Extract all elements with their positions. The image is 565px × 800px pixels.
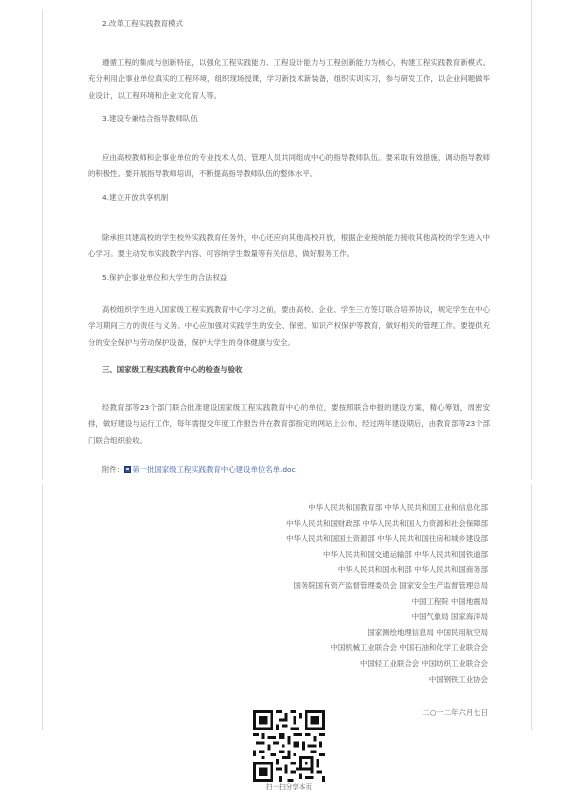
- signer-line: 中华人民共和国教育部 中华人民共和国工业和信息化部: [286, 500, 488, 516]
- attachment-link[interactable]: 第一批国家级工程实践教育中心建设单位名单.doc: [124, 465, 295, 474]
- signer-line: 中国钢铁工业协会: [286, 672, 488, 688]
- page-frame-left-lower: [42, 484, 43, 730]
- page-frame-right-lower: [531, 484, 532, 730]
- signer-line: 中国气象局 国家海洋局: [286, 609, 488, 625]
- signer-line: 中华人民共和国国土资源部 中华人民共和国住房和城乡建设部: [286, 531, 488, 547]
- qr-caption: 扫一扫分享本页: [253, 781, 325, 791]
- attachment: 附件：第一批国家级工程实践教育中心建设单位名单.doc: [102, 464, 296, 475]
- section-paragraph: 应由高校教师和企事业单位的专业技术人员、管理人员共同组成中心的指导教师队伍。要采…: [88, 150, 490, 183]
- signer-list: 中华人民共和国教育部 中华人民共和国工业和信息化部 中华人民共和国财政部 中华人…: [286, 500, 488, 687]
- signer-line: 中华人民共和国水利部 中华人民共和国商务部: [286, 562, 488, 578]
- page-frame-right: [531, 0, 532, 480]
- section-heading: 3.建设专兼结合指导教师队伍: [102, 113, 198, 124]
- qr-code-icon[interactable]: [253, 710, 325, 782]
- part-heading: 三、国家级工程实践教育中心的检查与验收: [102, 364, 242, 375]
- doc-file-icon: [124, 466, 131, 473]
- section-heading: 4.建立开放共享机制: [102, 192, 168, 203]
- section-heading: 2.改革工程实践教育模式: [102, 18, 183, 29]
- page-frame-left: [42, 10, 43, 480]
- signer-line: 国务院国有资产监督管理委员会 国家安全生产监督管理总局: [286, 578, 488, 594]
- signer-line: 中华人民共和国财政部 中华人民共和国人力资源和社会保障部: [286, 516, 488, 532]
- section-paragraph: 经教育部等23个部门联合批准建设国家级工程实践教育中心的单位，要按照联合申报的建…: [88, 400, 490, 449]
- signer-line: 中国机械工业联合会 中国石油和化学工业联合会: [286, 640, 488, 656]
- signer-line: 中国工程院 中国地震局: [286, 594, 488, 610]
- signer-line: 国家测绘地理信息局 中国民用航空局: [286, 625, 488, 641]
- document-date: 二○一二年六月七日: [422, 707, 488, 718]
- section-paragraph: 除承担共建高校的学生校外实践教育任务外，中心还应向其他高校开放，根据企业接纳能力…: [88, 230, 490, 263]
- attachment-file-name: 第一批国家级工程实践教育中心建设单位名单.doc: [132, 465, 295, 474]
- signer-line: 中华人民共和国交通运输部 中华人民共和国铁道部: [286, 547, 488, 563]
- attachment-label: 附件：: [102, 465, 124, 474]
- section-paragraph: 高校组织学生进入国家级工程实践教育中心学习之前，要由高校、企业、学生三方签订联合…: [88, 302, 490, 351]
- section-heading: 5.保护企事业单位和大学生的合法权益: [102, 272, 227, 283]
- signer-line: 中国轻工业联合会 中国纺织工业联合会: [286, 656, 488, 672]
- section-paragraph: 遵循工程的集成与创新特征，以强化工程实践能力、工程设计能力与工程创新能力为核心，…: [88, 55, 490, 104]
